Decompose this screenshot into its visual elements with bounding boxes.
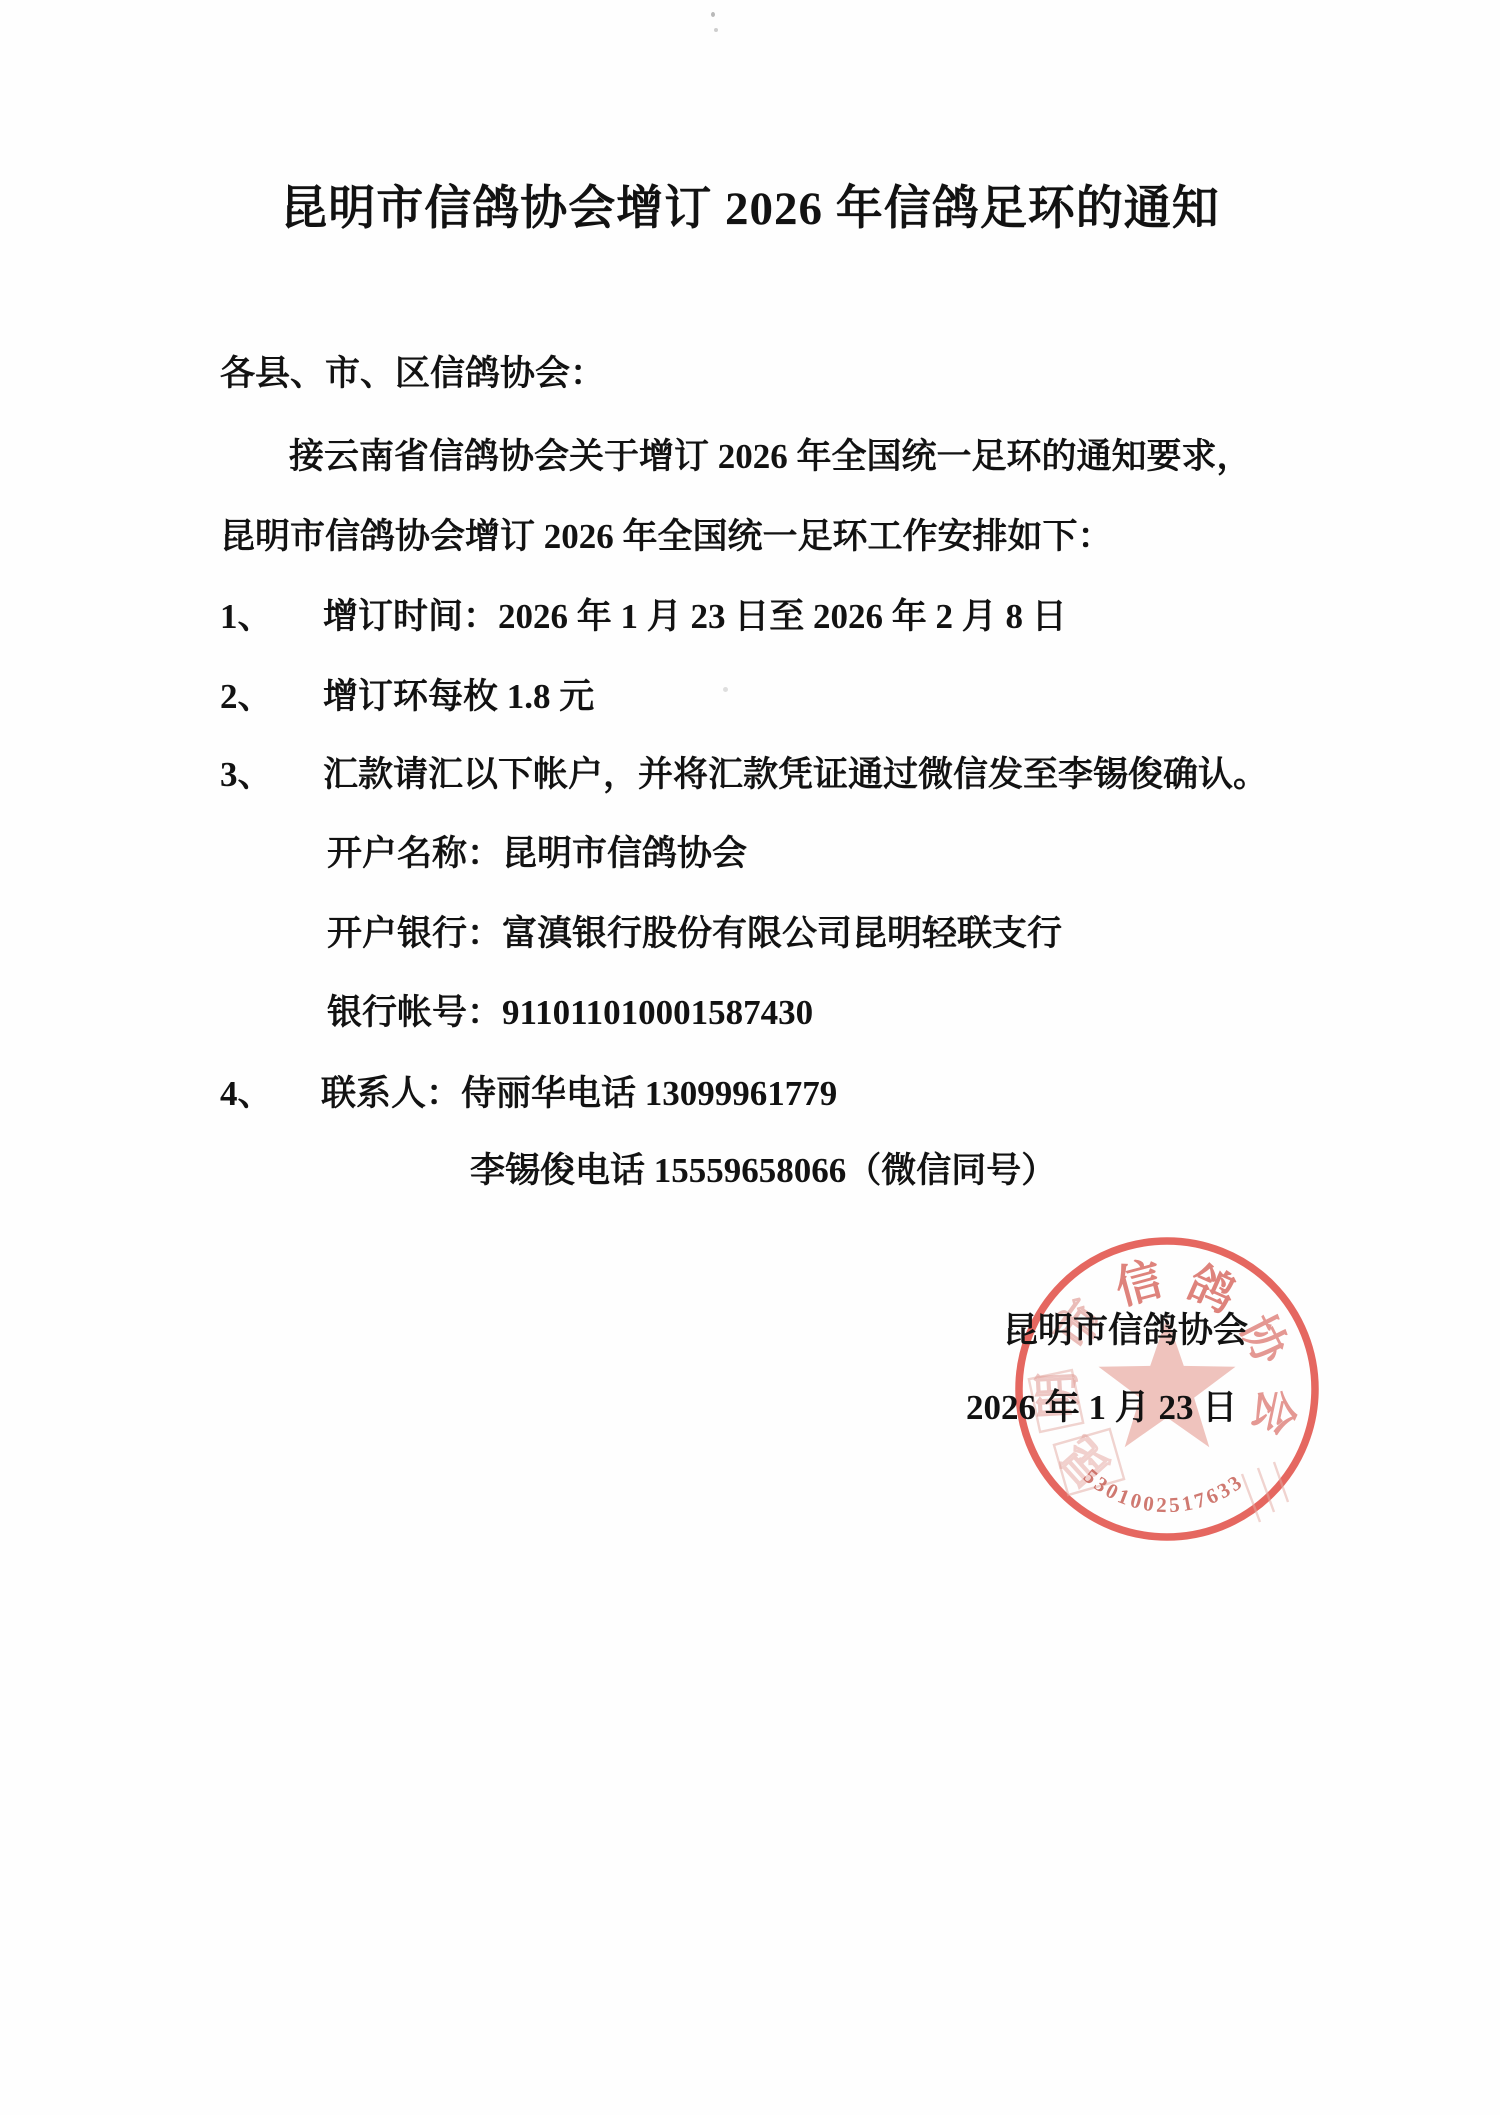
item-2-number: 2、	[220, 679, 273, 714]
item-3-text: 汇款请汇以下帐户，并将汇款凭证通过微信发至李锡俊确认。	[323, 757, 1268, 792]
scan-artifact	[723, 687, 728, 692]
scan-artifact	[714, 28, 718, 32]
stamp-char: 信	[1110, 1253, 1168, 1314]
item-4-number: 4、	[220, 1076, 273, 1111]
signature-date: 2026 年 1 月 23 日	[966, 1390, 1237, 1425]
scan-artifact	[711, 12, 715, 17]
signature-organization: 昆明市信鸽协会	[1003, 1313, 1248, 1348]
item-2-text: 增订环每枚 1.8 元	[323, 679, 594, 714]
contact-line-2: 李锡俊电话 15559658066（微信同号）	[470, 1153, 1056, 1188]
notice-title: 昆明市信鸽协会增订 2026 年信鸽足环的通知	[0, 186, 1500, 233]
item-4-text: 联系人：侍丽华电话 13099961779	[321, 1076, 837, 1111]
account-bank-line: 开户银行：富滇银行股份有限公司昆明轻联支行	[327, 916, 1062, 951]
salutation-line: 各县、市、区信鸽协会：	[220, 356, 605, 391]
item-3-number: 3、	[220, 757, 273, 792]
intro-line-2: 昆明市信鸽协会增订 2026 年全国统一足环工作安排如下：	[220, 519, 1113, 554]
item-1-text: 增订时间：2026 年 1 月 23 日至 2026 年 2 月 8 日	[323, 599, 1067, 634]
item-1-number: 1、	[220, 599, 273, 634]
scanned-notice-page: 昆明市信鸽协会增订 2026 年信鸽足环的通知 各县、市、区信鸽协会： 接云南省…	[0, 0, 1500, 2115]
account-number-line: 银行帐号：911011010001587430	[327, 995, 813, 1030]
account-name-line: 开户名称：昆明市信鸽协会	[327, 836, 747, 871]
stamp-char: 会	[1244, 1384, 1303, 1440]
intro-line-1: 接云南省信鸽协会关于增订 2026 年全国统一足环的通知要求，	[289, 439, 1252, 474]
